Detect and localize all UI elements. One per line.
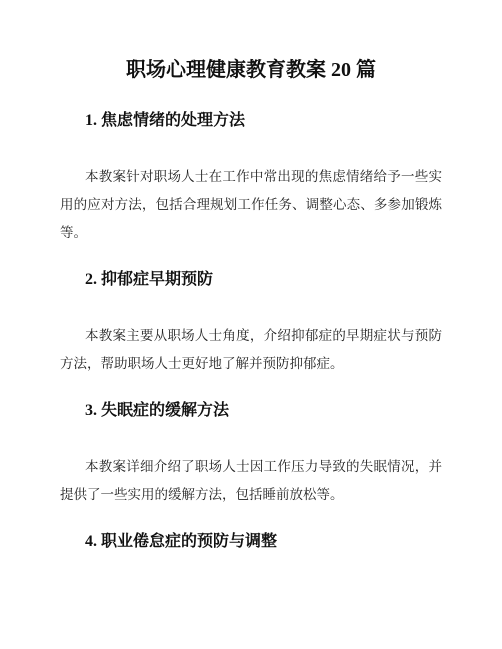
section-depression: 2. 抑郁症早期预防 本教案主要从职场人士角度，介绍抑郁症的早期症状与预防方法，… xyxy=(60,268,442,378)
section-paragraph: 本教案针对职场人士在工作中常出现的焦虑情绪给予一些实用的应对方法，包括合理规划工… xyxy=(60,163,442,247)
document-page: 职场心理健康教育教案 20 篇 1. 焦虑情绪的处理方法 本教案针对职场人士在工… xyxy=(0,0,502,649)
section-burnout: 4. 职业倦怠症的预防与调整 xyxy=(60,530,442,554)
section-heading: 1. 焦虑情绪的处理方法 xyxy=(85,109,442,133)
section-heading: 3. 失眠症的缓解方法 xyxy=(85,399,442,423)
section-paragraph: 本教案主要从职场人士角度，介绍抑郁症的早期症状与预防方法，帮助职场人士更好地了解… xyxy=(60,322,442,378)
section-heading: 2. 抑郁症早期预防 xyxy=(85,268,442,292)
section-heading: 4. 职业倦怠症的预防与调整 xyxy=(85,530,442,554)
section-anxiety: 1. 焦虑情绪的处理方法 本教案针对职场人士在工作中常出现的焦虑情绪给予一些实用… xyxy=(60,109,442,247)
section-paragraph: 本教案详细介绍了职场人士因工作压力导致的失眠情况，并提供了一些实用的缓解方法，包… xyxy=(60,453,442,509)
section-insomnia: 3. 失眠症的缓解方法 本教案详细介绍了职场人士因工作压力导致的失眠情况，并提供… xyxy=(60,399,442,509)
document-title: 职场心理健康教育教案 20 篇 xyxy=(60,55,442,85)
